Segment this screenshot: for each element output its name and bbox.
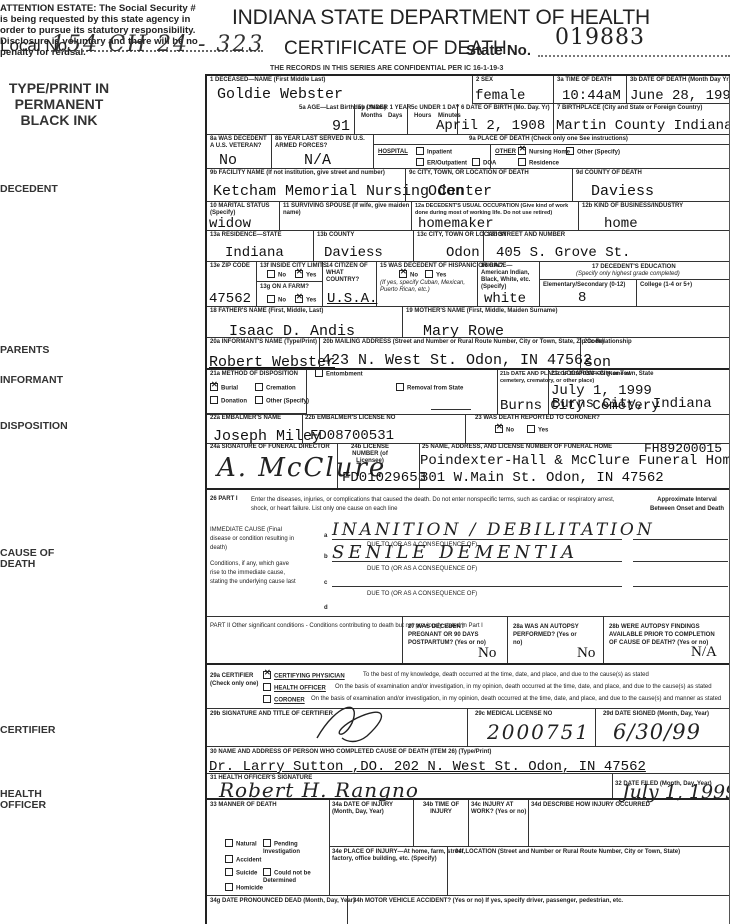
cause-a-value: INANITION / DEBILITATION bbox=[332, 520, 655, 540]
other-specify-line bbox=[431, 409, 471, 410]
field-pregnant: 27 WAS DECEDENT PREGNANT OR 90 DAYS POST… bbox=[402, 617, 507, 664]
state-no-line bbox=[538, 55, 730, 57]
checkbox-er-outpatient[interactable]: ER/Outpatient bbox=[416, 159, 467, 168]
field-date-signed: 29d DATE SIGNED (Month, Day, Year) 6/30/… bbox=[595, 708, 730, 746]
side-label-certifier: CERTIFIER bbox=[0, 724, 55, 736]
field-age-blank bbox=[207, 104, 297, 135]
field-year-served: 8b YEAR LAST SERVED IN U.S. ARMED FORCES… bbox=[272, 135, 374, 169]
field-embalmer: 22a EMBALMER'S NAME Joseph Miley bbox=[207, 414, 302, 443]
field-injury-at-work: 34c INJURY AT WORK? (Yes or no) bbox=[468, 800, 528, 846]
field-city-limits-farm: 13f INSIDE CITY LIMITS No Yes 13g ON A F… bbox=[257, 262, 323, 307]
field-informant-name: 20a INFORMANT'S NAME (Type/Print) Robert… bbox=[207, 338, 319, 369]
side-label-cause: CAUSE OF DEATH bbox=[0, 548, 60, 570]
ink-instruction: TYPE/PRINT IN PERMANENT BLACK INK bbox=[0, 80, 118, 128]
checkbox-farm-no[interactable]: No bbox=[267, 296, 286, 305]
side-label-informant: INFORMANT bbox=[0, 374, 63, 386]
field-age: 5a AGE—Last Birthday (Years) 91 bbox=[297, 104, 355, 135]
field-place-of-death: 9a PLACE OF DEATH (Check only one See in… bbox=[374, 135, 730, 169]
field-injury-date: 34a DATE OF INJURY (Month, Day, Year) bbox=[329, 800, 413, 846]
field-director-signature: 24a SIGNATURE OF FUNERAL DIRECTOR A. McC… bbox=[207, 443, 337, 489]
checkbox-homicide[interactable]: Homicide bbox=[225, 884, 263, 893]
field-residence-street: 13d STREET AND NUMBER 405 S. Grove St. bbox=[483, 231, 730, 262]
field-health-officer-signature: 31 HEALTH OFFICER'S SIGNATURE Robert H. … bbox=[207, 773, 612, 799]
checkbox-donation[interactable]: Donation bbox=[210, 397, 247, 406]
checkbox-health-officer[interactable]: HEALTH OFFICER bbox=[263, 684, 326, 693]
field-occupation: 12a DECEDENT'S USUAL OCCUPATION (Give ki… bbox=[412, 202, 579, 231]
field-medical-license: 29c MEDICAL LICENSE NO 2000751 bbox=[467, 708, 595, 746]
field-funeral-home: 25 NAME, ADDRESS, AND LICENSE NUMBER OF … bbox=[419, 443, 730, 489]
checkbox-city-limits-no[interactable]: No bbox=[267, 271, 286, 280]
checkbox-coroner-no[interactable]: No bbox=[495, 426, 514, 435]
side-label-parents: PARENTS bbox=[0, 344, 49, 356]
checkbox-removal-from-state[interactable]: Removal from State bbox=[396, 384, 463, 393]
cause-of-death-section: 26 PART I Enter the diseases, injuries, … bbox=[207, 490, 730, 622]
checkbox-coroner[interactable]: CORONER bbox=[263, 696, 305, 705]
checkbox-inpatient[interactable]: Inpatient bbox=[416, 148, 452, 157]
checkbox-certifying-physician[interactable]: CERTIFYING PHYSICIAN bbox=[263, 672, 345, 681]
cause-b-value: SENILE DEMENTIA bbox=[332, 542, 578, 563]
field-education: 17 DECEDENT'S EDUCATION (Specify only hi… bbox=[540, 262, 730, 307]
field-embalmer-license: 22b EMBALMER'S LICENSE NO FD08700531 bbox=[302, 414, 465, 443]
checkbox-entombment[interactable]: Entombment bbox=[315, 370, 363, 379]
field-date-filed: 32 DATE FILED (Month, Day, Year) July 1,… bbox=[612, 773, 730, 799]
checkbox-hispanic-yes[interactable]: Yes bbox=[425, 271, 446, 280]
field-sex: 2 SEX female bbox=[473, 76, 554, 104]
field-manner-of-death: 33 MANNER OF DEATH Natural Pending Inves… bbox=[207, 800, 329, 895]
checkbox-nursing-home[interactable]: Nursing Home bbox=[518, 148, 570, 157]
checkbox-residence[interactable]: Residence bbox=[518, 159, 559, 168]
field-father: 18 FATHER'S NAME (First, Middle, Last) I… bbox=[207, 307, 402, 338]
checkbox-other-specify[interactable]: Other (Specify) bbox=[566, 148, 620, 157]
field-disposition-method: 21a METHOD OF DISPOSITION Entombment Bur… bbox=[207, 370, 307, 414]
field-disposition-location: 21c LOCATION—City or Town, State Burns C… bbox=[548, 370, 730, 414]
field-surviving-spouse: 11 SURVIVING SPOUSE (If wife, give maide… bbox=[280, 202, 412, 231]
state-no-label: State No. bbox=[466, 42, 531, 59]
field-birthplace: 7 BIRTHPLACE (City and State or Foreign … bbox=[554, 104, 730, 135]
checkbox-other-disposition[interactable]: Other (Specify) bbox=[255, 397, 309, 406]
field-motor-vehicle: 34h MOTOR VEHICLE ACCIDENT? (Yes or no) … bbox=[347, 895, 730, 924]
state-no-value: 019883 bbox=[555, 25, 645, 50]
field-autopsy: 28a WAS AN AUTOPSY PERFORMED? (Yes or no… bbox=[507, 617, 603, 664]
field-autopsy-findings: 28b WERE AUTOPSY FINDINGS AVAILABLE PRIO… bbox=[603, 617, 730, 664]
field-hispanic: 15 WAS DECEDENT OF HISPANIC ORIGIN? No Y… bbox=[377, 262, 478, 307]
checkbox-accident[interactable]: Accident bbox=[225, 856, 261, 865]
checkbox-undetermined[interactable]: Could not be Determined bbox=[263, 869, 323, 885]
field-veteran: 8a WAS DECEDENT A U.S. VETERAN? No bbox=[207, 135, 272, 169]
checkbox-farm-yes[interactable]: Yes bbox=[295, 296, 316, 305]
checkbox-natural[interactable]: Natural bbox=[225, 840, 257, 849]
field-mother: 19 MOTHER'S NAME (First, Middle, Maiden … bbox=[402, 307, 730, 338]
confidential-notice: THE RECORDS IN THIS SERIES ARE CONFIDENT… bbox=[270, 65, 503, 72]
field-relationship: 20c Relationship son bbox=[581, 338, 730, 369]
field-race: 16 RACE—American Indian, Black, White, e… bbox=[478, 262, 540, 307]
field-county-of-death: 9d COUNTY OF DEATH Daviess bbox=[573, 169, 730, 202]
checkbox-pending[interactable]: Pending Investigation bbox=[263, 840, 323, 856]
field-residence-county: 13b COUNTY Daviess bbox=[314, 231, 414, 262]
certifier-signature-scribble bbox=[307, 698, 397, 746]
field-facility: 9b FACILITY NAME (If not institution, gi… bbox=[207, 169, 405, 202]
checkbox-coroner-yes[interactable]: Yes bbox=[527, 426, 548, 435]
field-name: 1 DECEASED—NAME (First Middle Last) Gold… bbox=[207, 76, 473, 104]
field-date-pronounced: 34g DATE PRONOUNCED DEAD (Month, Day, Ye… bbox=[207, 895, 347, 924]
field-residence-state: 13a RESIDENCE—STATE Indiana bbox=[207, 231, 314, 262]
side-label-decedent: DECEDENT bbox=[0, 183, 58, 195]
field-business: 12b KIND OF BUSINESS/INDUSTRY home bbox=[579, 202, 730, 231]
checkbox-burial[interactable]: Burial bbox=[210, 384, 238, 393]
checkbox-doa[interactable]: DOA bbox=[472, 159, 496, 168]
checkbox-cremation[interactable]: Cremation bbox=[255, 384, 296, 393]
local-no-value: 154 CH 24 - 323 bbox=[51, 32, 264, 57]
field-certifier: 29a CERTIFIER (Check only one) CERTIFYIN… bbox=[207, 665, 730, 708]
field-city-of-death: 9c CITY, TOWN, OR LOCATION OF DEATH Odon bbox=[405, 169, 573, 202]
checkbox-city-limits-yes[interactable]: Yes bbox=[295, 271, 316, 280]
name-value: Goldie Webster bbox=[217, 86, 343, 103]
field-completed-by: 30 NAME AND ADDRESS OF PERSON WHO COMPLE… bbox=[207, 746, 730, 773]
side-label-disposition: DISPOSITION bbox=[0, 420, 68, 432]
field-residence-city: 13c CITY, TOWN OR LOCATION Odon bbox=[414, 231, 483, 262]
field-injury-describe: 34d DESCRIBE HOW INJURY OCCURRED bbox=[528, 800, 730, 846]
field-citizen: 14 CITIZEN OF WHAT COUNTRY? U.S.A. bbox=[323, 262, 377, 307]
field-informant-address: 20b MAILING ADDRESS (Street and Number o… bbox=[319, 338, 581, 369]
field-marital-status: 10 MARITAL STATUS (Specify) widow bbox=[207, 202, 280, 231]
field-under-1-year: 5b UNDER 1 YEAR Months Days bbox=[355, 104, 408, 135]
checkbox-hispanic-no[interactable]: No bbox=[399, 271, 418, 280]
field-date-of-death: 3b DATE OF DEATH (Month Day Yr) June 28,… bbox=[627, 76, 730, 104]
side-label-health-officer: HEALTH OFFICER bbox=[0, 789, 60, 811]
field-zip: 13e ZIP CODE 47562 bbox=[207, 262, 257, 307]
field-director-license: 24b LICENSE NUMBER (of Licensee) FD01029… bbox=[337, 443, 419, 489]
field-certifier-signature: 29b SIGNATURE AND TITLE OF CERTIFIER bbox=[207, 708, 467, 746]
field-injury-place: 34e PLACE OF INJURY—At home, farm, stree… bbox=[329, 846, 449, 895]
field-date-of-birth: 6 DATE OF BIRTH (Mo. Day. Yr) April 2, 1… bbox=[458, 104, 554, 135]
field-part-ii: PART II Other significant conditions - C… bbox=[207, 617, 402, 664]
field-injury-time: 34b TIME OF INJURY bbox=[413, 800, 468, 846]
field-time-of-death: 3a TIME OF DEATH 10:44aM bbox=[554, 76, 627, 104]
field-coroner-reported: 23 WAS DEATH REPORTED TO CORONER? No Yes bbox=[465, 414, 730, 443]
field-injury-location: 34f LOCATION (Street and Number or Rural… bbox=[447, 846, 730, 895]
checkbox-suicide[interactable]: Suicide bbox=[225, 869, 257, 878]
